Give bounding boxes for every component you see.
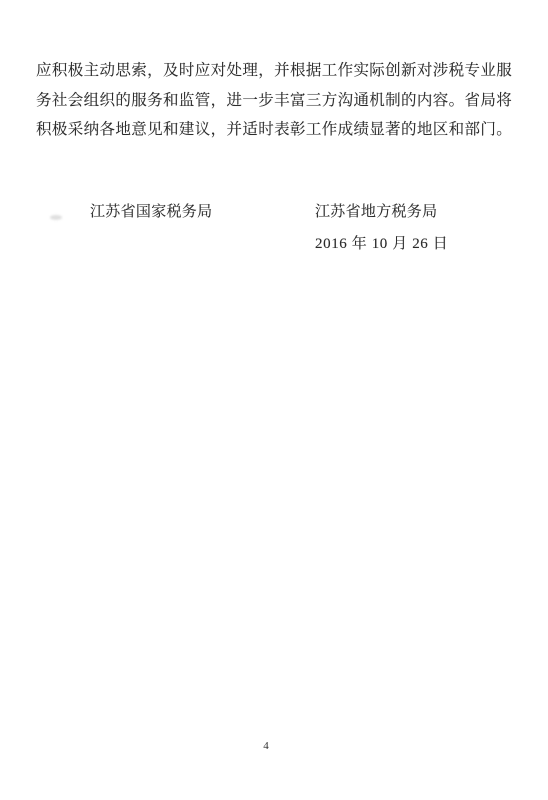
signature-national-tax-bureau: 江苏省国家税务局 bbox=[90, 203, 212, 222]
signature-date: 2016 年 10 月 26 日 bbox=[315, 235, 448, 254]
document-page: 应积极主动思索，及时应对处理，并根据工作实际创新对涉税专业服 务社会组织的服务和… bbox=[0, 0, 548, 800]
page-number: 4 bbox=[254, 740, 278, 752]
closing-paragraph: 应积极主动思索，及时应对处理，并根据工作实际创新对涉税专业服 务社会组织的服务和… bbox=[36, 56, 512, 145]
paragraph-line: 积极采纳各地意见和建议，并适时表彰工作成绩显著的地区和部门。 bbox=[36, 115, 512, 145]
paragraph-line: 应积极主动思索，及时应对处理，并根据工作实际创新对涉税专业服 bbox=[36, 56, 512, 86]
scan-artifact bbox=[50, 215, 62, 220]
paragraph-line: 务社会组织的服务和监管，进一步丰富三方沟通机制的内容。省局将 bbox=[36, 86, 512, 116]
signature-local-tax-bureau: 江苏省地方税务局 bbox=[315, 203, 437, 222]
